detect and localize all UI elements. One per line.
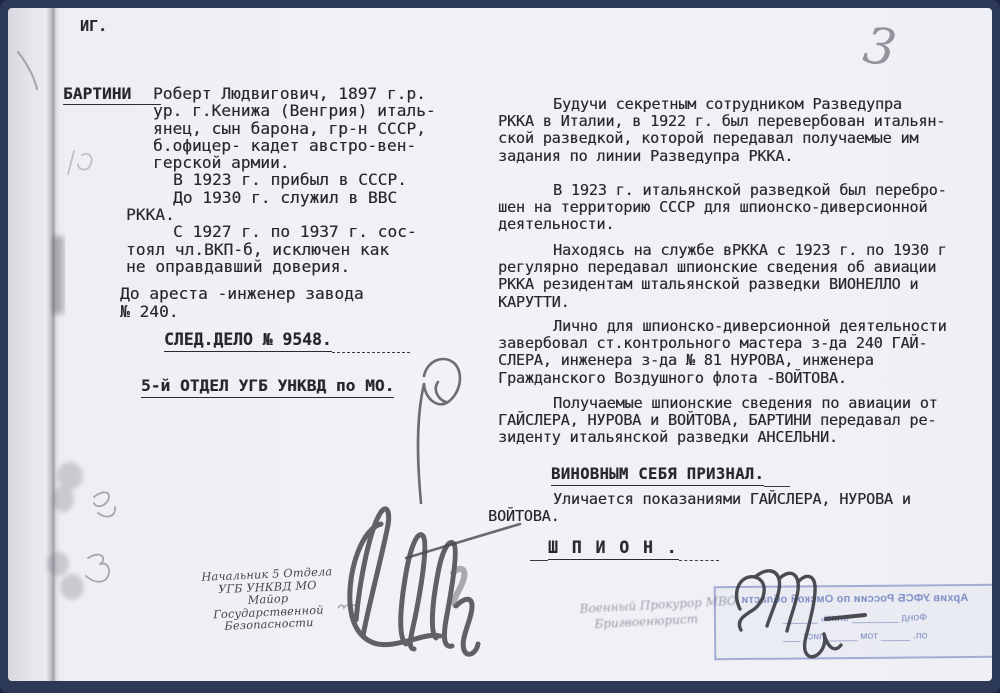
bio-line: № 240. (120, 303, 436, 320)
department-heading-wrap: 5-й ОТДЕЛ УГБ УНКВД по МО. (141, 376, 394, 395)
bio-line: б.офицер- кадет австро-вен- (153, 137, 436, 154)
bio-line: Роберт Людвигович, 1897 г.р. (153, 85, 436, 102)
typed-line: Получаемые шпионские сведения по авиации… (498, 395, 938, 412)
typed-line: задания по линии Разведупра РККА. (498, 148, 945, 165)
department-heading: 5-й ОТДЕЛ УГБ УНКВД по МО. (141, 376, 394, 398)
bio-line: ур. г.Кенижа (Венгрия) италь- (153, 102, 436, 119)
paper-sheet: ИГ. 3 БАРТИНИ Роберт Людвигович, 1897 г.… (8, 8, 992, 681)
typed-line: Будучи секретным сотрудником Разведупра (498, 96, 945, 113)
pencil-flourish (418, 359, 460, 503)
signature-diagonal-stroke (406, 524, 520, 558)
paragraph-recruitment: Лично для шпионско-диверсионной деятельн… (498, 318, 947, 387)
typed-line: деятельности. (498, 216, 947, 233)
stamp-line: оп. _____ том _____ лист ___ (716, 629, 992, 643)
typed-line: РККА в Италии, в 1922 г. был перевербова… (498, 113, 945, 130)
typed-line: РККА резидентам штальянской разведки ВИО… (498, 276, 947, 293)
margin-pencil-curls (86, 492, 115, 581)
subject-surname-wrap: БАРТИНИ (63, 85, 161, 102)
bio-line: тоял чл.ВКП-б, исключен как (126, 241, 436, 258)
confession-heading-wrap: ВИНОВНЫМ СЕБЯ ПРИЗНАЛ. (551, 464, 764, 483)
stamp-line: Архив УФСБ России по Омской области (716, 592, 992, 606)
typed-line: Лично для шпионско-диверсионной деятельн… (498, 318, 947, 335)
chief-signature (350, 509, 478, 654)
typed-line: завербовал ст.контрольного мастера з-да … (498, 335, 947, 352)
typed-line: регулярно передавал шпионские сведения о… (498, 259, 947, 276)
paragraph-witnesses: Уличается показаниями ГАЙСЛЕРА, НУРОВА и… (498, 491, 911, 525)
handwritten-page-number: 3 (860, 16, 900, 78)
bio-line: До ареста -инженер завода (120, 285, 436, 302)
case-file-heading-wrap: СЛЕД.ДЕЛО № 9548. (164, 330, 332, 349)
bio-line: РККА. (126, 206, 436, 223)
typed-line: ГАЙСЛЕРА, НУРОВА и ВОЙТОВА, БАРТИНИ пере… (498, 412, 938, 429)
typed-line: ской разведкой, которой передавал получа… (498, 130, 945, 147)
typed-line: зиденту итальянской разведки АНСЕЛЬНИ. (498, 429, 938, 446)
subject-surname: БАРТИНИ (63, 84, 161, 105)
archive-stamp: Архив УФСБ России по Омской области Фонд… (714, 584, 992, 660)
faint-margin-note (68, 151, 92, 174)
bio-line: До 1930 г. служил в ВВС (153, 189, 436, 206)
scanned-document-page: ИГ. 3 БАРТИНИ Роберт Людвигович, 1897 г.… (0, 0, 1000, 693)
archive-stamp-mirrored-text: Архив УФСБ России по Омской области Фонд… (716, 592, 992, 664)
chief-signoff-block: Начальник 5 Отдела УГБ УНКВД МО Майор Го… (167, 565, 370, 637)
bio-block: Роберт Людвигович, 1897 г.р. ур. г.Кениж… (153, 85, 436, 320)
typed-line: Находясь на службе вРККА с 1923 г. по 19… (498, 242, 947, 259)
bio-line: герской армии. (153, 154, 436, 171)
bio-line: В 1923 г. прибыл в СССР. (153, 171, 436, 188)
typed-line: В 1923 г. итальянской разведкой был пере… (498, 182, 947, 199)
typed-line: Уличается показаниями ГАЙСЛЕРА, НУРОВА и (498, 491, 911, 508)
stamp-line: Фонд ________ опись ______ (716, 611, 992, 625)
bio-line: не оправдавший доверия. (126, 258, 436, 275)
spy-heading-wrap: Ш П И О Н . (548, 538, 679, 557)
bio-line: С 1927 г. по 1937 г. сос- (153, 223, 436, 240)
paragraph-espionage: Находясь на службе вРККА с 1923 г. по 19… (498, 242, 947, 311)
case-file-heading: СЛЕД.ДЕЛО № 9548. (164, 330, 332, 352)
page-fold-shadow (46, 8, 60, 681)
typed-line: шен на территорию СССР для шпионско-диве… (498, 199, 947, 216)
fold-dark-blotch (52, 236, 64, 314)
typed-line: Гражданского Воздушного флота -ВОЙТОВА. (498, 370, 947, 387)
bio-line: янец, сын барона, гр-н СССР, (153, 120, 436, 137)
spy-heading: Ш П И О Н . (548, 538, 679, 560)
header-mark: ИГ. (80, 17, 107, 35)
typed-line: КАРУТТИ. (498, 294, 947, 311)
corner-pencil-mark (18, 52, 37, 89)
paragraph-intelligence: Получаемые шпионские сведения по авиации… (498, 395, 938, 447)
paragraph-transfer: В 1923 г. итальянской разведкой был пере… (498, 182, 947, 234)
confession-heading: ВИНОВНЫМ СЕБЯ ПРИЗНАЛ. (551, 465, 764, 486)
margin-smudges (47, 462, 84, 600)
typed-line: СЛЕРА, инженера з-да № 81 НУРОВА, инжене… (498, 352, 947, 369)
paragraph-recruited: Будучи секретным сотрудником Разведупра … (498, 96, 945, 165)
typed-line: ВОЙТОВА. (488, 508, 911, 525)
